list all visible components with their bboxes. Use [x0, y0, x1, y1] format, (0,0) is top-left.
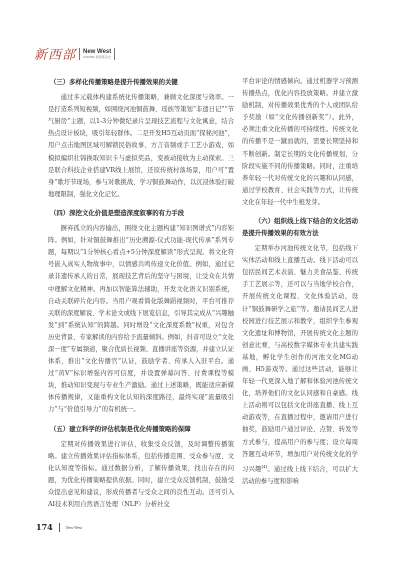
left-column: （三）多样化传播策略是提升传播效果的关键 通过多元载体构建系统化传播策略，兼顾文…	[48, 76, 234, 517]
section-4-paragraph: 摒弃孤立的内容输出，围绕文化主题构建“知识图谱式”内容矩阵。例如，针对铜鼓舞推出…	[48, 223, 234, 417]
right-column: 平台评论的情感倾向。通过机器学习预测传播热点，优化内容投放策略。并建立激励机制，…	[242, 76, 358, 494]
section-5-continuation: 平台评论的情感倾向。通过机器学习预测传播热点，优化内容投放策略。并建立激励机制，…	[242, 76, 358, 209]
section-3-paragraph: 通过多元载体构建系统化传播策略，兼顾文化深度与效率。一是打造系列短视频，如围绕河…	[48, 92, 234, 201]
section-4-title: （四）深挖文化价值是塑造深度叙事的有力手段	[48, 207, 234, 219]
logo-english: New West XINXIBU 新西部杂志	[83, 49, 111, 59]
section-6-text: 定期举办河池传统文化节，包括线下实体活动和线上直播互动。线下活动可以包括民间艺术…	[242, 245, 358, 473]
footer-magazine-name: New West	[66, 525, 82, 530]
logo-divider	[79, 48, 80, 60]
logo-chinese: 新西部	[34, 44, 76, 63]
section-5-paragraph: 定期对传播效果进行评估，收集受众反馈，及时调整传播策略。建立传播效果评估指标体系…	[48, 439, 234, 512]
footer-divider	[59, 523, 60, 532]
logo-english-subtitle: XINXIBU 新西部杂志	[83, 56, 111, 59]
section-5-title: （五）建立科学的评估机制是优化传播策略的保障	[48, 423, 234, 435]
page-footer: 174 New West	[36, 522, 82, 532]
section-6-title: （六）组织线上线下结合的文化活动是提升传播效果的有效方法	[242, 215, 358, 239]
logo-divider-right	[114, 48, 115, 60]
section-3-title: （三）多样化传播策略是提升传播效果的关键	[48, 76, 234, 88]
logo-english-title: New West	[83, 49, 111, 55]
page-number: 174	[36, 522, 53, 532]
section-6-paragraph: 定期举办河池传统文化节，包括线下实体活动和线上直播互动。线下活动可以包括民间艺术…	[242, 243, 358, 488]
masthead: 新西部 New West XINXIBU 新西部杂志	[34, 44, 118, 63]
